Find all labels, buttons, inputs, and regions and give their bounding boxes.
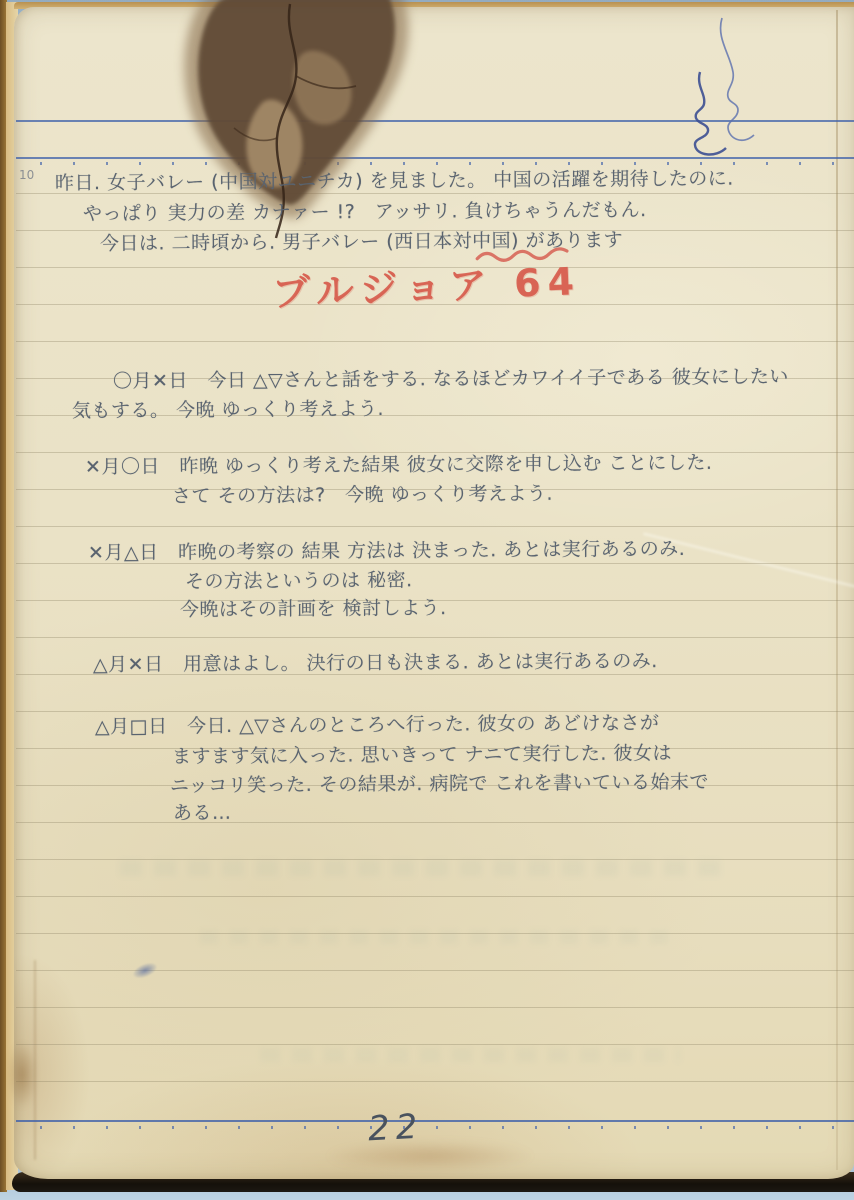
ink-bleedthrough (260, 1048, 680, 1062)
notebook-scan: 10 昨日. 女子バレー (中国対ユニチカ) を見ました。 中国の活躍を期待した… (0, 0, 854, 1200)
entry-1-line-2: 気もする。 今晩 ゆっくり考えよう. (72, 394, 384, 423)
ink-bleedthrough (200, 930, 680, 944)
face-doodle (658, 14, 778, 164)
entry-5-line-1: △月□日 今日. △▽さんのところへ行った. 彼女の あどけなさが (95, 708, 660, 739)
margin-line-number: 10 (19, 168, 34, 182)
intro-line-1: 昨日. 女子バレー (中国対ユニチカ) を見ました。 中国の活躍を期待したのに. (55, 164, 734, 196)
entry-2-line-1: ✕月〇日 昨晩 ゆっくり考えた結果 彼女に交際を申し込む ことにした. (85, 448, 713, 479)
page-number: 22 (367, 1107, 424, 1150)
footer-rule (16, 1120, 854, 1122)
entry-5-line-3: ニッコリ笑った. その結果が. 病院で これを書いている始末で (170, 767, 709, 798)
ink-bleedthrough (120, 860, 720, 876)
face-doodle-drawing (658, 14, 778, 164)
intro-line-2: やっぱり 実力の差 カナァー !? アッサリ. 負けちゃうんだもん. (83, 195, 647, 226)
brown-smudge-bottom-left (2, 1030, 42, 1120)
footer-tick-marks (40, 1126, 854, 1129)
entry-3-line-3: 今晩はその計画を 検討しよう. (180, 593, 447, 622)
entry-1-line-1: 〇月✕日 今日 △▽さんと話をする. なるほどカワイイ子である 彼女にしたい (113, 362, 789, 394)
entry-3-line-2: その方法というのは 秘密. (185, 565, 413, 594)
entry-4-line-1: △月✕日 用意はよし。 決行の日も決まる. あとは実行あるのみ. (93, 646, 658, 677)
entry-2-line-2: さて その方法は? 今晩 ゆっくり考えよう. (172, 479, 553, 509)
brown-smudge-bottom-center (290, 1135, 570, 1177)
entry-5-line-4: ある… (173, 798, 232, 825)
entry-3-line-1: ✕月△日 昨晩の考察の 結果 方法は 決まった. あとは実行あるのみ. (88, 534, 685, 565)
entry-5-line-2: ますます気に入った. 思いきって ナニて実行した. 彼女は (172, 738, 672, 768)
doodle-profile-light (721, 18, 754, 140)
doodle-profile-dark (695, 72, 726, 154)
ruled-lines (16, 193, 854, 1085)
